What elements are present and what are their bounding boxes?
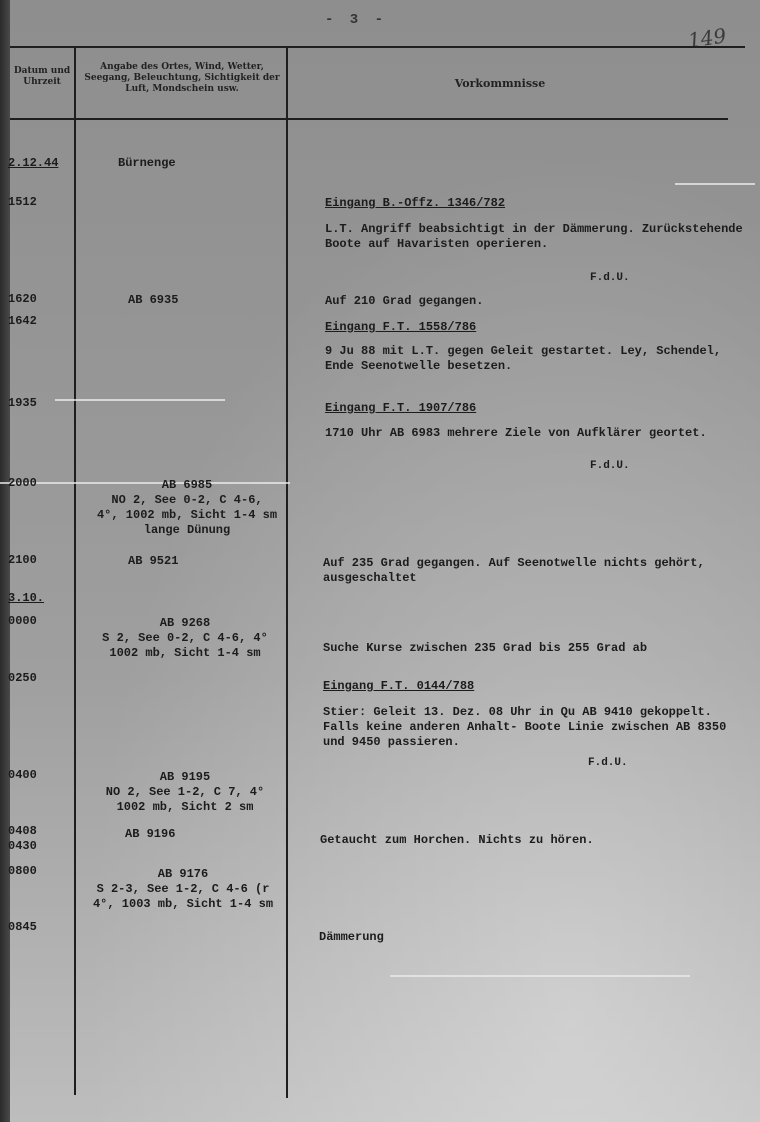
event-heading: Eingang F.T. 1907/786 xyxy=(325,401,476,416)
event-heading: Eingang F.T. 1558/786 xyxy=(325,320,476,335)
time-entry: 0000 xyxy=(8,614,37,629)
time-entry: 0250 xyxy=(8,671,37,686)
event-text: Auf 235 Grad gegangen. Auf Seenotwelle n… xyxy=(323,556,755,586)
header-location-weather: Angabe des Ortes, Wind, Wetter, Seegang,… xyxy=(80,62,284,95)
page-number: - 3 - xyxy=(325,12,387,28)
location-entry: AB 9196 xyxy=(125,827,175,842)
event-text: L.T. Angriff beabsichtigt in der Dämmeru… xyxy=(325,222,755,252)
time-entry: 2100 xyxy=(8,553,37,568)
handwritten-page-number: 149 xyxy=(687,23,728,52)
scan-scratch xyxy=(675,183,755,185)
time-entry: 0408 0430 xyxy=(8,824,37,854)
header-events: Vorkommnisse xyxy=(400,78,600,89)
location-weather-entry: AB 9268 S 2, See 0-2, C 4-6, 4° 1002 mb,… xyxy=(84,616,286,661)
time-entry: 1642 xyxy=(8,314,37,329)
location-entry: AB 6935 xyxy=(128,293,178,308)
event-heading: Eingang F.T. 0144/788 xyxy=(323,679,474,694)
time-entry: 1935 xyxy=(8,396,37,411)
event-text: Suche Kurse zwischen 235 Grad bis 255 Gr… xyxy=(323,641,753,656)
time-entry: 1620 xyxy=(8,292,37,307)
location-entry: Bürnenge xyxy=(118,156,176,171)
date-entry: 3.10. xyxy=(8,591,44,606)
signature: F.d.U. xyxy=(588,757,628,769)
time-entry: 0800 xyxy=(8,864,37,879)
table-top-rule xyxy=(10,46,745,48)
header-bottom-rule xyxy=(10,118,728,120)
column-divider-1 xyxy=(74,48,76,1095)
header-date-time: Datum und Uhrzeit xyxy=(12,66,72,88)
document-page: - 3 - 149 Datum und Uhrzeit Angabe des O… xyxy=(0,0,760,1122)
signature: F.d.U. xyxy=(590,272,630,284)
event-text: 9 Ju 88 mit L.T. gegen Geleit gestartet.… xyxy=(325,344,755,374)
event-text: 1710 Uhr AB 6983 mehrere Ziele von Aufkl… xyxy=(325,426,755,441)
location-weather-entry: AB 9176 S 2-3, See 1-2, C 4-6 (r 4°, 100… xyxy=(80,867,286,912)
location-weather-entry: AB 9195 NO 2, See 1-2, C 7, 4° 1002 mb, … xyxy=(84,770,286,815)
time-entry: 1512 xyxy=(8,195,37,210)
event-text: Stier: Geleit 13. Dez. 08 Uhr in Qu AB 9… xyxy=(323,705,753,750)
event-heading: Eingang B.-Offz. 1346/782 xyxy=(325,196,505,211)
scan-scratch xyxy=(390,975,690,977)
location-entry: AB 9521 xyxy=(128,554,178,569)
scan-scratch xyxy=(55,399,225,401)
time-entry: 2000 xyxy=(8,476,37,491)
signature: F.d.U. xyxy=(590,460,630,472)
event-text: Dämmerung xyxy=(319,930,384,945)
event-text: Getaucht zum Horchen. Nichts zu hören. xyxy=(320,833,594,848)
time-entry: 0400 xyxy=(8,768,37,783)
location-weather-entry: AB 6985 NO 2, See 0-2, C 4-6, 4°, 1002 m… xyxy=(88,478,286,538)
event-text: Auf 210 Grad gegangen. xyxy=(325,294,483,309)
column-divider-2 xyxy=(286,48,288,1098)
date-entry: 2.12.44 xyxy=(8,156,58,171)
time-entry: 0845 xyxy=(8,920,37,935)
